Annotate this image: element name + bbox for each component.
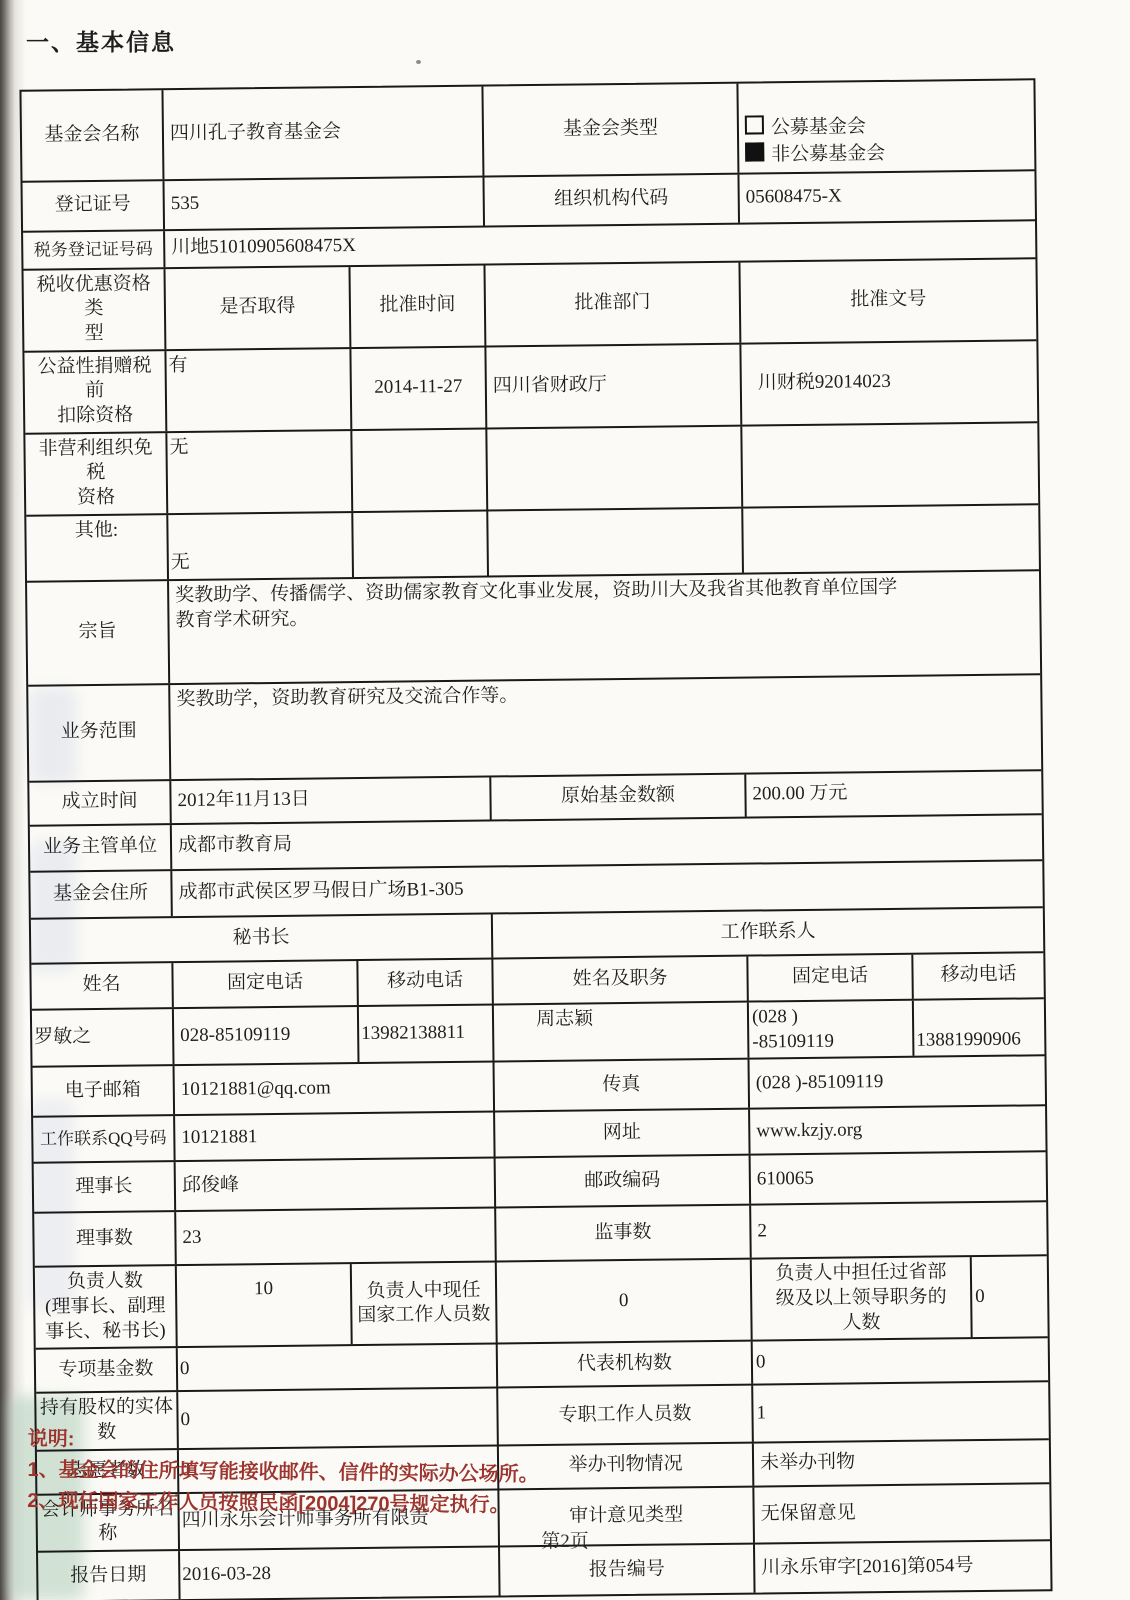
page-number: 第2页	[0, 1526, 1130, 1553]
chairman-value: 邱俊峰	[176, 1159, 497, 1211]
state-employee-label: 负责人中现任 国家工作人员数	[352, 1263, 498, 1345]
reg-no-label: 登记证号	[23, 181, 166, 231]
org-code-value: 05608475-X	[739, 171, 1035, 222]
chairman-label: 理事长	[34, 1162, 177, 1212]
sec-mobile-header: 移动电话	[358, 959, 493, 1005]
empty-cell	[353, 511, 489, 577]
email-value: 10121881@qq.com	[175, 1063, 496, 1115]
original-fund-label: 原始基金数额	[491, 774, 746, 819]
email-label: 电子邮箱	[33, 1066, 176, 1116]
postcode-value: 610065	[751, 1152, 1047, 1203]
directors-label: 理事数	[34, 1212, 177, 1266]
scanned-form-page: 一、基本信息 基金会名称 四川孔子教育基金会 基金会类型 公募基金会 非公募基金…	[0, 0, 1130, 1600]
public-foundation-option: 公募基金会	[771, 116, 866, 138]
table-row: 税收优惠资格类 型 是否取得 批准时间 批准部门 批准文号	[23, 259, 1036, 353]
tax-reg-label: 税务登记证号码	[23, 231, 165, 269]
empty-cell	[352, 429, 488, 511]
fax-label: 传真	[495, 1060, 751, 1111]
special-funds-value: 0	[178, 1345, 498, 1391]
table-row: 业务范围 奖教助学，资助教育研究及交流合作等。	[28, 675, 1041, 782]
report-date-value: 2016-03-28	[180, 1547, 501, 1599]
established-value: 2012年11月13日	[171, 777, 491, 823]
work-contact-mobile-value: 13881990906	[914, 999, 1045, 1056]
public-foundation-checkbox	[745, 115, 764, 134]
qq-label: 工作联系QQ号码	[33, 1116, 175, 1162]
empty-cell	[488, 508, 744, 575]
secretary-group-header: 秘书长	[31, 914, 493, 962]
qq-value: 10121881	[175, 1113, 495, 1161]
supervisor-label: 业务主管单位	[30, 825, 172, 871]
other-obtained-value: 无	[168, 513, 354, 579]
exempt-label: 非营利组织免税 资格	[25, 433, 168, 515]
other-label: 其他:	[26, 515, 169, 581]
postcode-label: 邮政编码	[496, 1156, 752, 1207]
approval-dept-header: 批准部门	[485, 262, 741, 345]
table-row: 负责人数 (理事长、副理 事长、秘书长) 10 负责人中现任 国家工作人员数 0…	[35, 1256, 1048, 1350]
original-fund-value: 200.00 万元	[746, 771, 1041, 816]
sec-tel-header: 固定电话	[173, 961, 358, 1007]
org-code-label: 组织机构代码	[484, 174, 740, 225]
notes-block: 说明: 1、基金会的住所填写能接收邮件、信件的实际办公场所。 2、现任国家工作人…	[27, 1424, 888, 1525]
donation-dept-value: 四川省财政厅	[486, 344, 742, 427]
supervisor-value: 成都市教育局	[172, 815, 1042, 869]
scan-speck	[416, 60, 421, 64]
table-row: 非营利组织免税 资格 无	[25, 423, 1038, 517]
provincial-leader-value: 0	[972, 1256, 1048, 1337]
empty-cell	[743, 505, 1039, 572]
board-supervisors-value: 2	[751, 1202, 1047, 1257]
work-contact-group-header: 工作联系人	[493, 908, 1043, 957]
contact-name-title-header: 姓名及职务	[493, 956, 748, 1003]
work-contact-name-value: 周志颖	[494, 1002, 750, 1060]
donation-obtained-value: 有	[166, 349, 352, 431]
empty-cell	[487, 426, 743, 509]
secretary-mobile-value: 13982138811	[359, 1005, 495, 1062]
reg-no-value: 535	[164, 177, 485, 229]
scope-label: 业务范围	[28, 685, 171, 781]
approval-date-header: 批准时间	[350, 265, 486, 347]
work-contact-tel-value: (028 ) -85109119	[749, 1001, 915, 1058]
leaders-label: 负责人数 (理事长、副理 事长、秘书长)	[35, 1266, 178, 1348]
website-label: 网址	[495, 1110, 750, 1157]
table-row: 公益性捐赠税前 扣除资格 有 2014-11-27 四川省财政厅 川财税9201…	[24, 341, 1037, 435]
fax-value: (028 )-85109119	[750, 1056, 1046, 1107]
secretary-name-value: 罗敏之	[32, 1009, 175, 1066]
approval-doc-header: 批准文号	[740, 259, 1036, 342]
foundation-type-value: 公募基金会 非公募基金会	[738, 80, 1034, 172]
non-public-foundation-checkbox	[745, 142, 764, 161]
rep-orgs-value: 0	[753, 1338, 1048, 1383]
table-row: 宗旨 奖教助学、传播儒学、资助儒家教育文化事业发展，资助川大及我省其他教育单位国…	[27, 571, 1040, 686]
rep-orgs-label: 代表机构数	[498, 1342, 753, 1387]
donation-deduct-label: 公益性捐赠税前 扣除资格	[24, 351, 167, 433]
scope-value: 奖教助学，资助教育研究及交流合作等。	[170, 675, 1041, 779]
special-funds-label: 专项基金数	[36, 1348, 178, 1392]
board-supervisors-label: 监事数	[496, 1206, 752, 1261]
contact-tel-header: 固定电话	[748, 955, 913, 1001]
sec-name-header: 姓名	[31, 963, 173, 1009]
established-label: 成立时间	[29, 781, 171, 825]
state-employee-value: 0	[497, 1260, 753, 1343]
donation-date-value: 2014-11-27	[351, 347, 487, 429]
foundation-name-label: 基金会名称	[21, 90, 164, 180]
foundation-type-label: 基金会类型	[483, 84, 739, 176]
non-public-foundation-option: 非公募基金会	[771, 143, 885, 165]
address-value: 成都市武侯区罗马假日广场B1-305	[172, 861, 1042, 916]
address-label: 基金会住所	[30, 871, 173, 918]
report-date-label: 报告日期	[38, 1551, 181, 1600]
table-row: 其他: 无	[26, 505, 1039, 582]
obtained-header: 是否取得	[165, 267, 351, 349]
directors-value: 23	[176, 1209, 497, 1265]
exempt-obtained-value: 无	[167, 431, 353, 513]
donation-doc-value: 川财税92014023	[741, 341, 1037, 424]
provincial-leader-label: 负责人中担任过省部 级及以上领导职务的 人数	[752, 1257, 973, 1340]
tax-pref-type-label: 税收优惠资格类 型	[23, 269, 166, 351]
secretary-tel-value: 028-85109119	[174, 1007, 360, 1064]
leaders-value: 10	[177, 1264, 353, 1346]
contact-mobile-header: 移动电话	[913, 953, 1043, 998]
website-value: www.kzjy.org	[750, 1106, 1045, 1153]
empty-cell	[742, 423, 1038, 506]
foundation-name-value: 四川孔子教育基金会	[163, 87, 484, 179]
table-row: 基金会名称 四川孔子教育基金会 基金会类型 公募基金会 非公募基金会	[21, 80, 1034, 182]
basic-info-table: 基金会名称 四川孔子教育基金会 基金会类型 公募基金会 非公募基金会 登记证号 …	[19, 78, 1052, 1600]
purpose-value: 奖教助学、传播儒学、资助儒家教育文化事业发展，资助川大及我省其他教育单位国学 教…	[169, 571, 1040, 683]
purpose-label: 宗旨	[27, 581, 170, 685]
section-title: 一、基本信息	[26, 24, 176, 57]
